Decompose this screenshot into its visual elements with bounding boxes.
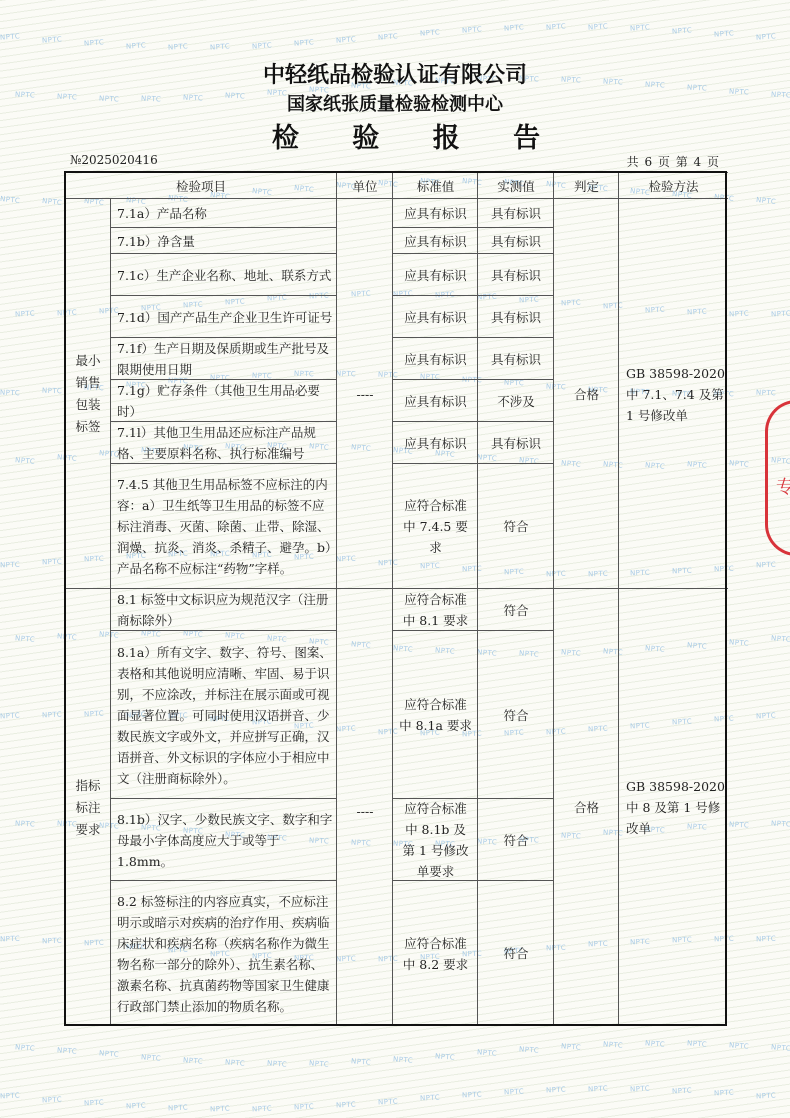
column-header: 检验方法 [618, 172, 728, 199]
red-seal-stamp: 专用 [765, 400, 790, 556]
watermark-text: NPTC [336, 36, 357, 45]
watermark-text: NPTC [687, 1040, 708, 1049]
watermark-text: NPTC [420, 29, 441, 38]
standard-cell: 应具有标识 [392, 295, 478, 338]
watermark-text: NPTC [126, 1101, 147, 1110]
watermark-text: NPTC [729, 1041, 750, 1050]
watermark-text: NPTC [15, 635, 36, 644]
watermark-text: NPTC [756, 32, 777, 41]
column-header: 判定 [553, 172, 619, 199]
measured-cell: 具有标识 [477, 227, 554, 254]
watermark-text: NPTC [756, 561, 776, 570]
watermark-text: NPTC [771, 1043, 790, 1052]
watermark-text: NPTC [183, 1056, 204, 1065]
watermark-text: NPTC [756, 935, 776, 944]
measured-cell: 具有标识 [477, 295, 554, 338]
watermark-text: NPTC [561, 1042, 582, 1051]
column-header: 实测值 [477, 172, 554, 199]
watermark-text: NPTC [504, 1087, 525, 1096]
category-cell: 最小销售包装标签 [64, 198, 111, 589]
watermark-text: NPTC [729, 820, 750, 829]
report-title: 检 验 报 告 [0, 116, 790, 155]
watermark-text: NPTC [84, 39, 105, 48]
watermark-text: NPTC [15, 1043, 36, 1052]
watermark-text: NPTC [0, 935, 20, 944]
watermark-text: NPTC [141, 1053, 162, 1062]
watermark-text: NPTC [168, 1103, 189, 1112]
measured-cell: 具有标识 [477, 337, 554, 380]
watermark-text: NPTC [42, 937, 62, 946]
standard-cell: 应具有标识 [392, 227, 478, 254]
standard-cell: 应具有标识 [392, 198, 478, 228]
item-cell: 8.1 标签中文标识应为规范汉字（注册商标除外） [110, 588, 337, 631]
method-cell: GB 38598-2020 中 8 及第 1 号修改单 [618, 588, 728, 1026]
watermark-text: NPTC [393, 1055, 414, 1064]
watermark-text: NPTC [15, 456, 36, 466]
measured-cell: 符合 [477, 463, 554, 589]
measured-cell: 具有标识 [477, 421, 554, 464]
unit-cell: ---- [336, 198, 393, 589]
watermark-text: NPTC [252, 41, 273, 50]
item-cell: 7.4.5 其他卫生用品标签不应标注的内容：a）卫生纸等卫生用品的标签不应标注消… [110, 463, 337, 589]
item-cell: 7.1f）生产日期及保质期或生产批号及限期使用日期 [110, 337, 337, 380]
watermark-text: NPTC [252, 1104, 273, 1113]
watermark-text: NPTC [378, 32, 399, 41]
watermark-text: NPTC [15, 309, 36, 318]
watermark-text: NPTC [0, 195, 21, 205]
standard-cell: 应符合标准中 7.4.5 要求 [392, 463, 478, 589]
watermark-text: NPTC [0, 1092, 20, 1101]
watermark-text: NPTC [714, 29, 735, 38]
watermark-text: NPTC [462, 1090, 483, 1099]
watermark-text: NPTC [99, 1050, 120, 1059]
watermark-text: NPTC [309, 1059, 330, 1068]
watermark-text: NPTC [435, 1052, 456, 1061]
standard-cell: 应具有标识 [392, 421, 478, 464]
watermark-text: NPTC [42, 558, 62, 567]
watermark-text: NPTC [504, 24, 525, 33]
watermark-text: NPTC [477, 1049, 498, 1058]
stamp-text: 专用 [776, 473, 790, 499]
watermark-text: NPTC [714, 1089, 735, 1098]
watermark-text: NPTC [57, 1046, 78, 1055]
watermark-text: NPTC [588, 1085, 609, 1094]
watermark-text: NPTC [225, 1058, 246, 1067]
watermark-text: NPTC [42, 387, 62, 396]
watermark-text: NPTC [645, 1039, 666, 1048]
item-cell: 8.2 标签标注的内容应真实，不应标注明示或暗示对疾病的治疗作用、疾病临床症状和… [110, 880, 337, 1026]
watermark-text: NPTC [84, 1099, 105, 1108]
item-cell: 8.1b）汉字、少数民族文字、数字和字母最小字体高度应大于或等于 1.8mm。 [110, 798, 337, 881]
measured-cell: 符合 [477, 588, 554, 631]
measured-cell: 具有标识 [477, 198, 554, 228]
watermark-text: NPTC [126, 41, 147, 50]
column-header: 标准值 [392, 172, 478, 199]
watermark-text: NPTC [771, 635, 790, 644]
watermark-text: NPTC [771, 819, 790, 828]
standard-cell: 应符合标准中 8.1a 要求 [392, 630, 478, 799]
watermark-text: NPTC [729, 309, 750, 318]
watermark-text: NPTC [267, 1059, 288, 1068]
watermark-text: NPTC [603, 1040, 624, 1049]
watermark-text: NPTC [462, 26, 483, 35]
standard-cell: 应具有标识 [392, 379, 478, 422]
item-cell: 7.1c）生产企业名称、地址、联系方式 [110, 253, 337, 296]
item-cell: 7.1g）贮存条件（其他卫生用品必要时） [110, 379, 337, 422]
watermark-text: NPTC [630, 24, 651, 33]
watermark-text: NPTC [0, 389, 20, 398]
watermark-text: NPTC [672, 1086, 693, 1095]
method-cell: GB 38598-2020 中 7.1、7.4 及第 1 号修改单 [618, 198, 728, 589]
measured-cell: 符合 [477, 880, 554, 1026]
category-cell: 指标标注要求 [64, 588, 111, 1026]
standard-cell: 应符合标准中 8.1b 及第 1 号修改单要求 [392, 798, 478, 881]
watermark-text: NPTC [630, 1085, 651, 1094]
watermark-text: NPTC [0, 561, 20, 570]
watermark-text: NPTC [42, 36, 63, 45]
measured-cell: 具有标识 [477, 253, 554, 296]
item-cell: 7.1l）其他卫生用品还应标注产品规格、主要原料名称、执行标准编号 [110, 421, 337, 464]
measured-cell: 不涉及 [477, 379, 554, 422]
watermark-text: NPTC [0, 32, 20, 41]
watermark-text: NPTC [756, 195, 777, 205]
watermark-text: NPTC [42, 1095, 63, 1104]
verdict-cell: 合格 [553, 198, 619, 589]
watermark-text: NPTC [756, 389, 776, 398]
item-cell: 7.1b）净含量 [110, 227, 337, 254]
standard-cell: 应符合标准中 8.1 要求 [392, 588, 478, 631]
watermark-text: NPTC [588, 22, 609, 31]
standard-cell: 应具有标识 [392, 253, 478, 296]
watermark-text: NPTC [351, 1058, 372, 1067]
item-cell: 8.1a）所有文字、数字、符号、图案、表格和其他说明应清晰、牢固、易于识别，不应… [110, 630, 337, 799]
watermark-text: NPTC [210, 1104, 231, 1113]
unit-cell: ---- [336, 588, 393, 1026]
watermark-text: NPTC [519, 1045, 540, 1054]
watermark-text: NPTC [42, 197, 63, 207]
watermark-text: NPTC [420, 1094, 441, 1103]
watermark-text: NPTC [210, 42, 231, 51]
page-info: 共 6 页 第 4 页 [627, 153, 720, 170]
watermark-text: NPTC [771, 309, 790, 318]
watermark-text: NPTC [168, 42, 189, 51]
column-header-item: 检验项目 [64, 172, 337, 199]
watermark-text: NPTC [294, 39, 315, 48]
item-cell: 7.1a）产品名称 [110, 198, 337, 228]
watermark-text: NPTC [15, 820, 36, 829]
standard-cell: 应符合标准中 8.2 要求 [392, 880, 478, 1026]
verdict-cell: 合格 [553, 588, 619, 1026]
column-header: 单位 [336, 172, 393, 199]
watermark-text: NPTC [336, 1100, 357, 1109]
measured-cell: 符合 [477, 630, 554, 799]
watermark-text: NPTC [378, 1097, 399, 1106]
watermark-text: NPTC [42, 710, 63, 719]
report-number: №2025020416 [70, 153, 158, 167]
watermark-text: NPTC [672, 26, 693, 35]
watermark-text: NPTC [0, 712, 20, 721]
watermark-text: NPTC [546, 22, 567, 31]
center-name: 国家纸张质量检验检测中心 [0, 90, 790, 116]
company-name: 中轻纸品检验认证有限公司 [0, 58, 790, 89]
watermark-text: NPTC [294, 1103, 315, 1112]
watermark-text: NPTC [729, 638, 750, 647]
item-cell: 7.1d）国产产品生产企业卫生许可证号 [110, 295, 337, 338]
watermark-text: NPTC [729, 459, 750, 469]
measured-cell: 符合 [477, 798, 554, 881]
watermark-text: NPTC [756, 712, 777, 721]
watermark-text: NPTC [756, 1092, 777, 1101]
standard-cell: 应具有标识 [392, 337, 478, 380]
watermark-text: NPTC [546, 1085, 567, 1094]
